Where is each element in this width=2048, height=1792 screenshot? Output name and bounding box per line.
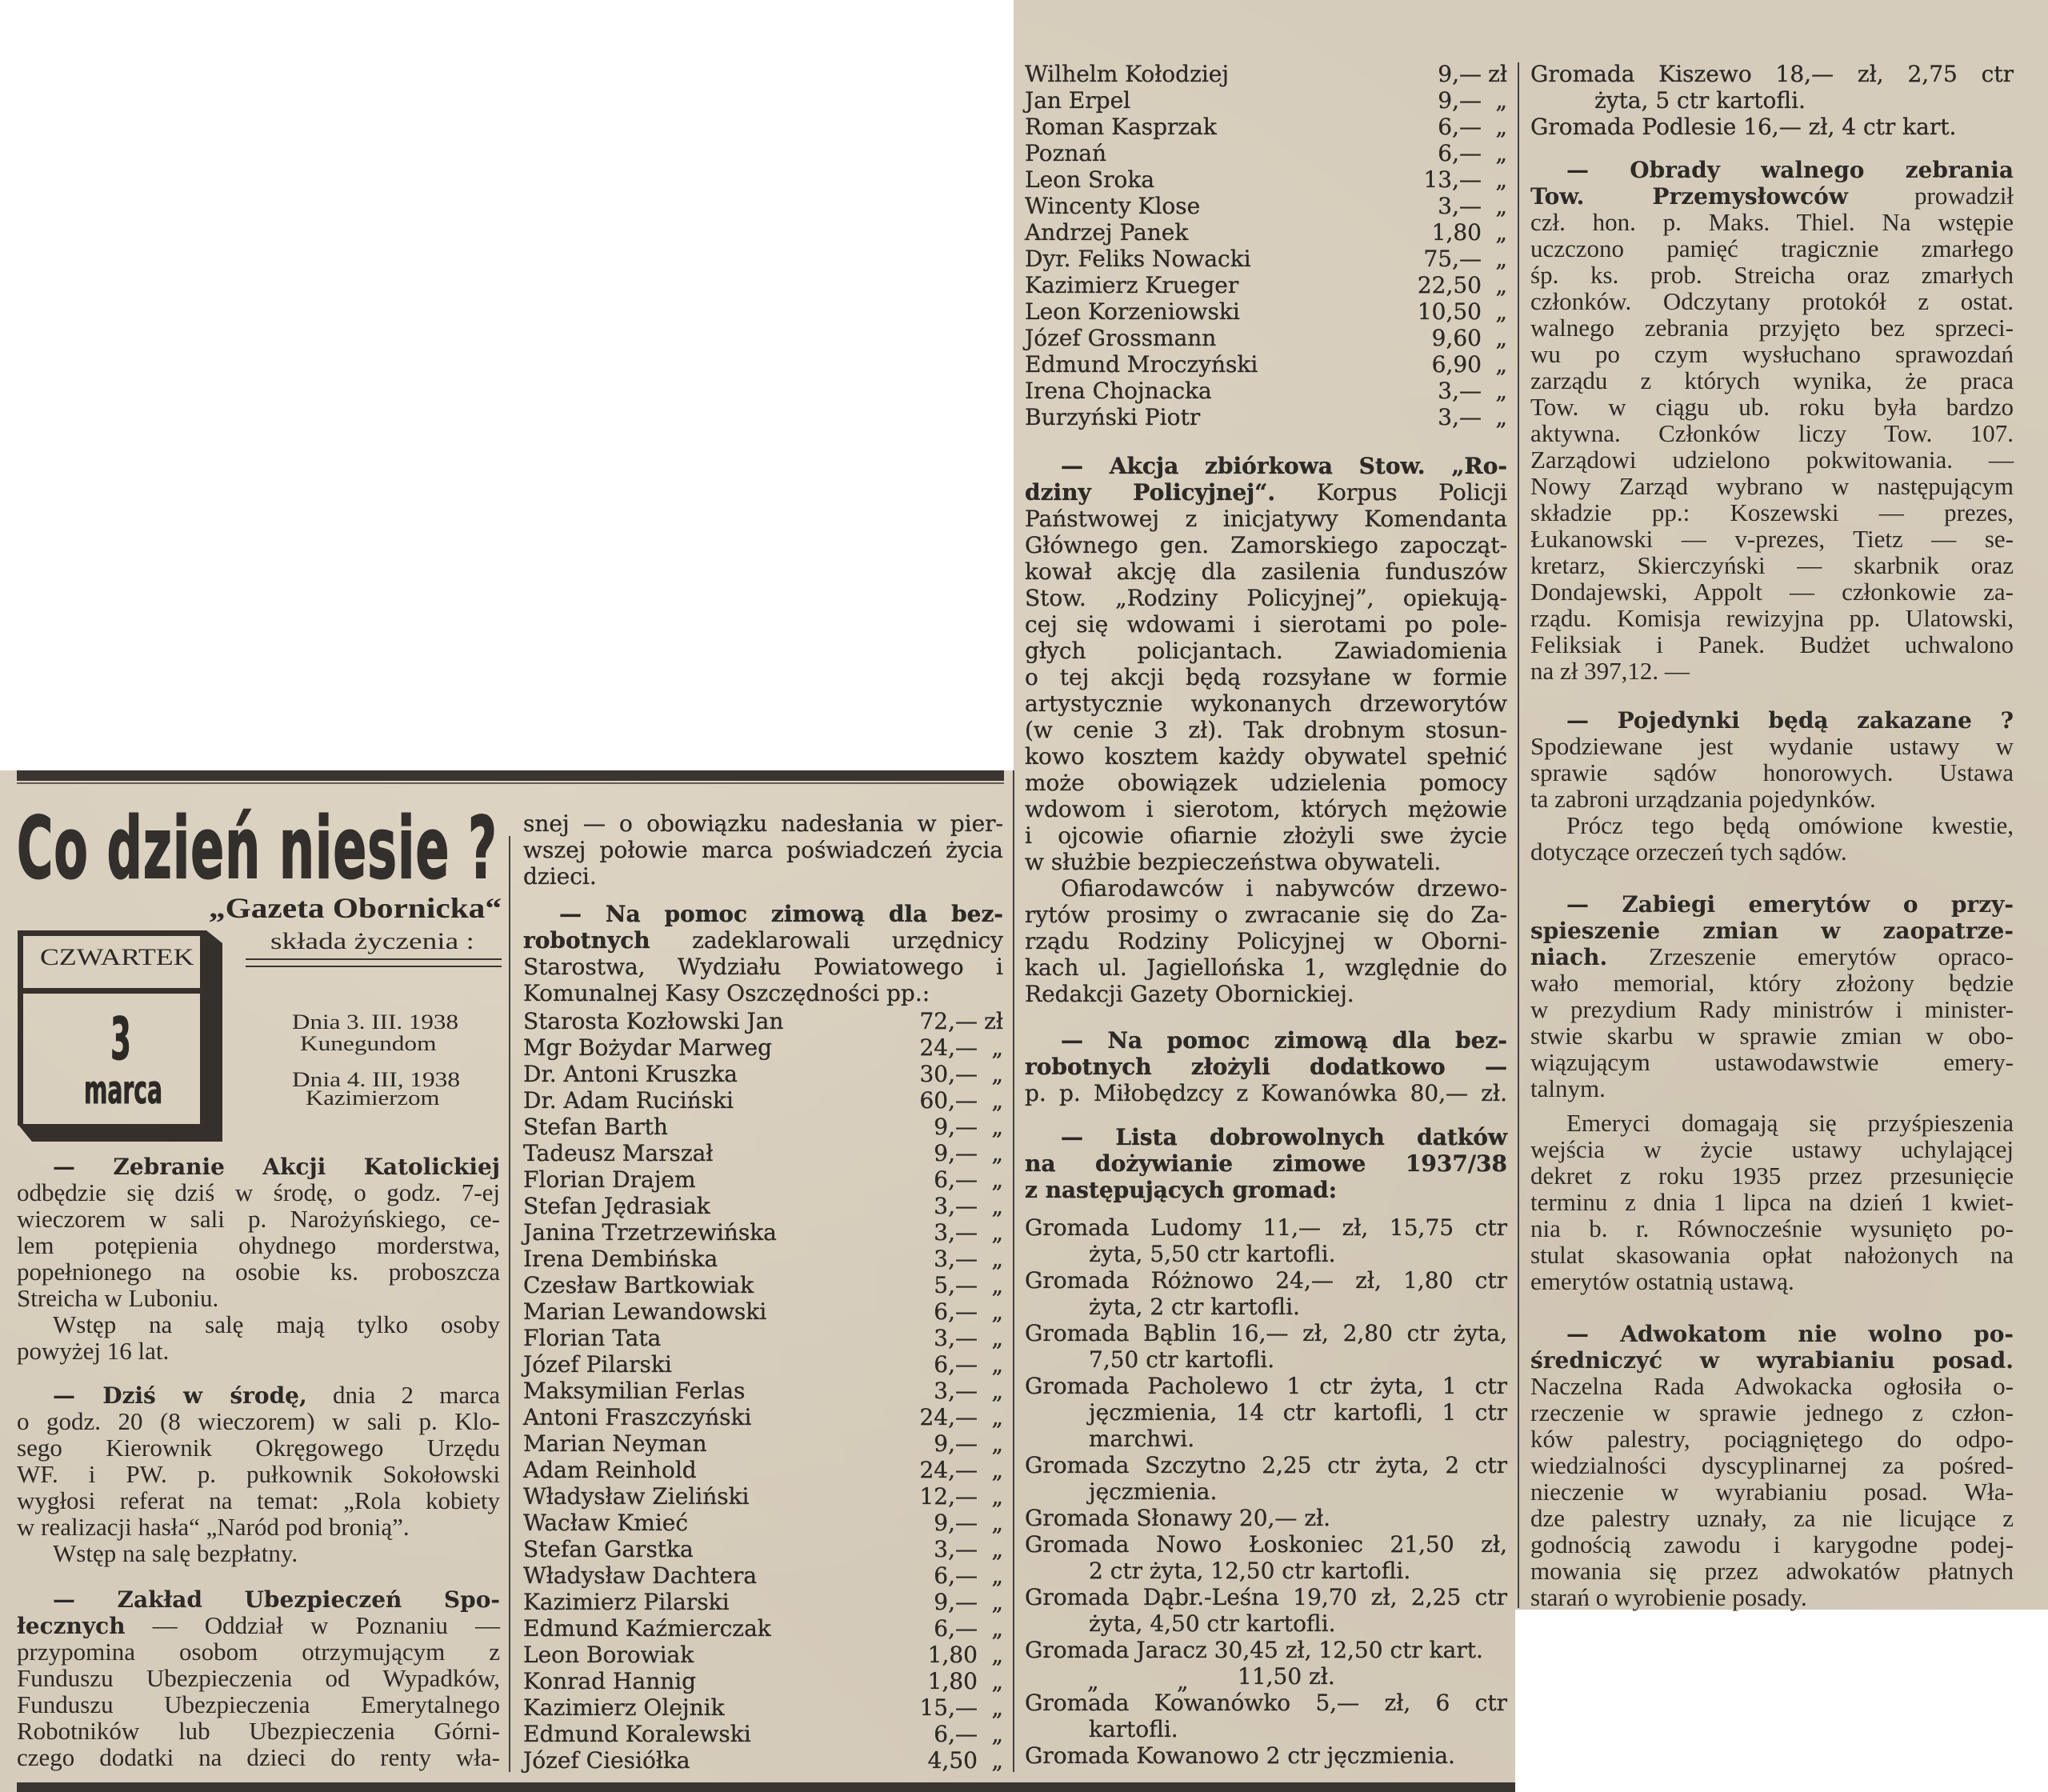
donor-name: Józef Pilarski [523, 1351, 882, 1378]
donor-name: Władysław Dachtera [523, 1562, 882, 1589]
text-line: o godz. 20 (8 wieczorem) w sali p. Klo- [17, 1408, 500, 1434]
heading-line: łecznych — Oddział w Poznaniu — [17, 1612, 500, 1638]
text-line: może obowiązek udzielenia pomocy [1025, 770, 1507, 796]
currency-unit: „ [978, 1483, 1003, 1510]
text-line: nieczenie w wyrabianiu posad. Wła- [1530, 1478, 2014, 1505]
text-line: kach ul. Jagiellońska 1, względnie do [1025, 954, 1507, 981]
donation-row: Kazimierz Pilarski9,—„ [523, 1589, 1003, 1615]
greeting-double-rule-bottom [246, 966, 502, 967]
donation-row: Stefan Barth9,—„ [523, 1114, 1003, 1140]
text-line: Gromada Różnowo 24,— zł, 1,80 ctr [1025, 1267, 1507, 1294]
donor-name: Marian Neyman [523, 1430, 882, 1457]
text-line: śp. ks. prob. Streicha oraz zmarłych [1530, 262, 2014, 288]
text-line: artystycznie wykonanych drzeworytów [1025, 690, 1507, 717]
donation-amount: 9,— [882, 1430, 978, 1457]
text-line: wejścia w życie ustawy uchylającej [1530, 1136, 2014, 1162]
article-pomoc-zimowa: — Na pomoc zimową dla bez-robotnych zade… [523, 901, 1003, 1006]
paragraph: — Zebranie Akcji Katolickiejodbędzie się… [17, 1153, 500, 1311]
donation-amount: 9,— [1386, 87, 1482, 114]
calendar-month-text: marca [84, 1071, 162, 1110]
donation-amount: 10,50 [1386, 298, 1482, 325]
text-line: 2 ctr żyta, 12,50 ctr kartofli. [1025, 1558, 1507, 1584]
gromada-entry: Gromada Dąbr.-Leśna 19,70 zł, 2,25 ctrży… [1025, 1584, 1507, 1637]
donor-name: Andrzej Panek [1025, 219, 1386, 246]
currency-unit: „ [978, 1562, 1003, 1589]
donation-amount: 6,90 [1386, 351, 1482, 378]
blank-area-top-left [0, 0, 1014, 770]
text-line: Feliksiak i Panek. Budżet uchwalono [1530, 631, 2014, 658]
donation-amount: 24,— [882, 1034, 978, 1061]
donation-amount: 22,50 [1386, 272, 1482, 298]
article-akcja-zbiorkowa: — Akcja zbiórkowa Stow. „Ro-dziny Policy… [1025, 453, 1507, 1007]
paragraph: — Adwokatom nie wolno po-średniczyć w wy… [1530, 1320, 2014, 1610]
article-pomoc-zimowa-dodatkowo: — Na pomoc zimową dla bez-robotnych złoż… [1025, 1027, 1507, 1106]
paragraph: Ofiarodawców i nabywców drzewo-rytów pro… [1025, 875, 1507, 1007]
currency-unit: „ [978, 1457, 1003, 1483]
text-line: uczczono pamięć tragicznie zmarłego [1530, 235, 2014, 262]
text-line: kował akcję dla zasilenia funduszów [1025, 558, 1507, 585]
text-line: członków. Odczytany protokół z ostat. [1530, 288, 2014, 314]
text-line: Głównego gen. Zamorskiego zapocząt- [1025, 532, 1507, 558]
donation-row: Czesław Bartkowiak5,—„ [523, 1272, 1003, 1298]
donation-row: Leon Sroka13,—„ [1025, 166, 1507, 193]
text-line: terminu z dnia 1 lipca na dzień 1 kwiet- [1530, 1189, 2014, 1215]
donation-amount: 3,— [882, 1246, 978, 1272]
donation-row: Dyr. Feliks Nowacki75,—„ [1025, 246, 1507, 272]
currency-unit: „ [978, 1615, 1003, 1642]
text-line: czego dodatki na dzieci do renty wła- [17, 1744, 500, 1770]
text-line: stulat skasowania opłat nałożonych na [1530, 1242, 2014, 1268]
text-line: żyta, 4,50 ctr kartofli. [1025, 1610, 1507, 1637]
donation-list-continued: Wilhelm Kołodziej9,—złJan Erpel9,—„Roman… [1025, 61, 1507, 430]
calendar-weekday-text: CZWARTEK [40, 946, 194, 970]
text-line: Prócz tego będą omówione kwestie, [1530, 812, 2014, 838]
text-line: 7,50 ctr kartofli. [1025, 1346, 1507, 1373]
article-dzis-w-srode: — Dziś w środę, dnia 2 marcao godz. 20 (… [17, 1382, 500, 1566]
donation-row: Jan Erpel9,—„ [1025, 87, 1507, 114]
donation-row: Irena Dembińska3,—„ [523, 1246, 1003, 1272]
donor-name: Jan Erpel [1025, 87, 1386, 114]
gromada-entry: Gromada Podlesie 16,— zł, 4 ctr kart. [1530, 114, 2014, 140]
paragraph: — Zabiegi emerytów o przy-spieszenie zmi… [1530, 890, 2014, 1102]
currency-unit: „ [978, 1351, 1003, 1378]
heading-text: robotnych złożyli dodatkowo — [1025, 1054, 1507, 1080]
heading-text: — Na pomoc zimową dla bez- [1061, 1027, 1507, 1054]
heading-line: spieszenie zmian w zaopatrze- [1530, 917, 2014, 943]
donation-amount: 6,— [882, 1298, 978, 1325]
donation-row: Dr. Adam Ruciński60,—„ [523, 1087, 1003, 1114]
text-line: Naczelna Rada Adwokacka ogłosiła o- [1530, 1373, 2014, 1399]
paragraph: Emeryci domagają się przyśpieszeniawejśc… [1530, 1110, 2014, 1294]
text-line: Gromada Podlesie 16,— zł, 4 ctr kart. [1530, 114, 2014, 140]
donor-name: Kazimierz Krueger [1025, 272, 1386, 298]
heading-text: — Zebranie Akcji Katolickiej [53, 1154, 500, 1180]
gromada-entry: Gromada Szczytno 2,25 ctr żyta, 2 ctrjęc… [1025, 1452, 1507, 1505]
donation-amount: 3,— [882, 1536, 978, 1562]
donation-amount: 3,— [882, 1378, 978, 1404]
paragraph: — Lista dobrowolnych datkówna dożywianie… [1025, 1124, 1507, 1203]
donation-row: Kazimierz Olejnik15,—„ [523, 1694, 1003, 1721]
donation-row: Władysław Dachtera6,—„ [523, 1562, 1003, 1589]
currency-unit: „ [978, 1642, 1003, 1668]
text-line: Dondajewski, Appolt — członkowie za- [1530, 578, 2014, 605]
currency-unit: „ [1482, 140, 1507, 166]
column-divider-3 [1518, 62, 1519, 1608]
currency-unit: „ [978, 1034, 1003, 1061]
text-line: wygłosi referat na temat: „Rola kobiety [17, 1487, 500, 1514]
donation-row: Konrad Hannig1,80„ [523, 1668, 1003, 1694]
gromada-entry: Gromada Słonawy 20,— zł. [1025, 1505, 1507, 1531]
text-line: Łukanowski — v-prezes, Tietz — se- [1530, 526, 2014, 552]
donor-name: Florian Tata [523, 1325, 882, 1351]
text-line: Streicha w Luboniu. [17, 1285, 500, 1311]
text-line: cej się wdowami i sierotami po pole- [1025, 611, 1507, 638]
heading-line: na dożywianie zimowe 1937/38 [1025, 1150, 1507, 1177]
donation-row: Stefan Garstka3,—„ [523, 1536, 1003, 1562]
heading-text: robotnych [523, 927, 650, 954]
heading-text: łecznych [17, 1613, 126, 1639]
text-line: Funduszu Ubezpieczenia Emerytalnego [17, 1691, 500, 1718]
heading-line: — Akcja zbiórkowa Stow. „Ro- [1025, 453, 1507, 479]
currency-unit: „ [978, 1087, 1003, 1114]
text-line: żyta, 5,50 ctr kartofli. [1025, 1241, 1507, 1267]
donor-name: Józef Ciesiółka [523, 1747, 882, 1774]
text-line: nia b. r. Równocześnie wysunięto po- [1530, 1215, 2014, 1242]
currency-unit: „ [1482, 87, 1507, 114]
text-line: popełnionego na osobie ks. proboszcza [17, 1258, 500, 1285]
paragraph: Prócz tego będą omówione kwestie,dotyczą… [1530, 812, 2014, 865]
heading-line: dziny Policyjnej“. Korpus Policji [1025, 479, 1507, 506]
greeting-text: składa życzenia : [270, 930, 474, 954]
donor-name: Burzyński Piotr [1025, 404, 1386, 430]
donor-name: Stefan Jędrasiak [523, 1193, 882, 1219]
donor-name: Poznań [1025, 140, 1386, 166]
donation-row: Marian Neyman9,—„ [523, 1430, 1003, 1457]
currency-unit: „ [978, 1747, 1003, 1774]
donation-amount: 12,— [882, 1483, 978, 1510]
heading-text: — Lista dobrowolnych datków [1061, 1124, 1507, 1150]
donor-name: Dr. Adam Ruciński [523, 1087, 882, 1114]
donor-name: Roman Kasprzak [1025, 114, 1386, 140]
body-text: dnia 2 marca [307, 1381, 500, 1409]
donor-name: Wilhelm Kołodziej [1025, 61, 1386, 87]
gromady-list-continued: Gromada Kiszewo 18,— zł, 2,75 ctrżyta, 5… [1530, 61, 2014, 140]
text-line: przypomina osobom otrzymującym z [17, 1638, 500, 1665]
donation-row: Florian Tata3,—„ [523, 1325, 1003, 1351]
currency-unit: „ [978, 1246, 1003, 1272]
currency-unit: „ [978, 1219, 1003, 1246]
currency-unit: „ [1482, 298, 1507, 325]
nameday-names: Kazimierzom [306, 1088, 440, 1109]
heading-line: — Obrady walnego zebrania [1530, 156, 2014, 182]
donation-amount: 9,— [882, 1140, 978, 1166]
heading-text: średniczyć w wyrabianiu posad. [1530, 1347, 2014, 1374]
calendar-day: 3 [110, 1010, 131, 1069]
donor-name: Wincenty Klose [1025, 193, 1386, 219]
currency-unit: „ [1482, 351, 1507, 378]
currency-unit: zł [1482, 61, 1507, 87]
text-line: talnym. [1530, 1075, 2014, 1102]
gromada-entry: Gromada Bąblin 16,— zł, 2,80 ctr żyta,7,… [1025, 1320, 1507, 1373]
text-line: w realizacji hasła“ „Naród pod bronią”. [17, 1514, 500, 1540]
text-line: godnością zawodu i karygodne podej- [1530, 1531, 2014, 1558]
donation-amount: 6,— [882, 1166, 978, 1193]
donor-name: Adam Reinhold [523, 1457, 882, 1483]
body-text: — Oddział w Poznaniu — [126, 1611, 500, 1639]
text-line: WF. i PW. p. pułkownik Sokołowski [17, 1461, 500, 1487]
donor-name: Stefan Garstka [523, 1536, 882, 1562]
heading-text: — Adwokatom nie wolno po- [1566, 1321, 2014, 1347]
donation-amount: 3,— [1386, 404, 1482, 430]
donation-row: Edmund Koralewski6,—„ [523, 1721, 1003, 1747]
donor-name: Tadeusz Marszał [523, 1140, 882, 1166]
donation-row: Antoni Fraszczyński24,—„ [523, 1404, 1003, 1430]
heading-text: niach. [1530, 944, 1607, 970]
donation-amount: 15,— [882, 1694, 978, 1721]
gromada-entry: Gromada Jaracz 30,45 zł, 12,50 ctr kart. [1025, 1637, 1507, 1663]
heading-text: na dożywianie zimowe 1937/38 [1025, 1150, 1507, 1177]
text-line: Gromada Kiszewo 18,— zł, 2,75 ctr [1530, 61, 2014, 87]
donation-row: Dr. Antoni Kruszka30,—„ [523, 1061, 1003, 1087]
currency-unit: „ [1482, 219, 1507, 246]
donation-row: Florian Drajem6,—„ [523, 1166, 1003, 1193]
donation-row: Władysław Zieliński12,—„ [523, 1483, 1003, 1510]
heading-text: — Dziś w środę, [53, 1382, 307, 1409]
greeting-paper-name: „Gazeta Obornicka“ [209, 894, 502, 922]
calendar-month: marca [84, 1071, 162, 1110]
section-title: Co dzień niesie ? [17, 806, 498, 891]
donation-amount: 6,— [882, 1562, 978, 1589]
donation-amount: 9,— [882, 1114, 978, 1140]
text-line: Zarządowi udzielono pokwitowania. — [1530, 446, 2014, 473]
donation-amount: 24,— [882, 1404, 978, 1430]
ditto-amount: 11,50 zł. [1238, 1663, 1335, 1690]
currency-unit: „ [978, 1589, 1003, 1615]
text-line: wu po czym wysłuchano sprawozdań [1530, 341, 2014, 367]
body-text: prowadził [1848, 182, 2014, 210]
heading-line: — Zebranie Akcji Katolickiej [17, 1153, 500, 1179]
donor-name: Marian Lewandowski [523, 1298, 882, 1325]
text-line: kretarz, Skierczyński — skarbnik oraz [1530, 552, 2014, 578]
text-line: Tow. w ciągu ub. roku była bardzo [1530, 394, 2014, 420]
greeting-paper-text: „Gazeta Obornicka“ [209, 894, 502, 922]
donation-row: Burzyński Piotr3,—„ [1025, 404, 1507, 430]
currency-unit: „ [1482, 166, 1507, 193]
text-line: jęczmienia, 14 ctr kartofli, 1 ctr [1025, 1399, 1507, 1426]
donor-name: Stefan Barth [523, 1114, 882, 1140]
text-line: Nowy Zarząd wybrano w następującym [1530, 473, 2014, 499]
section-top-bar [17, 770, 1004, 781]
heading-text: z następujących gromad: [1025, 1177, 1337, 1203]
text-line: rzeczenie w sprawie jednego z człon- [1530, 1399, 2014, 1426]
text-line: Gromada Ludomy 11,— zł, 15,75 ctr [1025, 1214, 1507, 1241]
gromada-entry: Gromada Różnowo 24,— zł, 1,80 ctrżyta, 2… [1025, 1267, 1507, 1320]
text-line: mowania się przez adwokatów płatnych [1530, 1558, 2014, 1584]
heading-line: — Pojedynki będą zakazane ? [1530, 706, 2014, 733]
heading-text: — Zakład Ubezpieczeń Spo- [53, 1586, 500, 1613]
body-text: Zrzeszenie emerytów opraco- [1607, 942, 2014, 970]
paragraph: — Na pomoc zimową dla bez-robotnych złoż… [1025, 1027, 1507, 1106]
text-line: żyta, 2 ctr kartofli. [1025, 1294, 1507, 1320]
donor-name: Edmund Koralewski [523, 1721, 882, 1747]
donor-name: Dr. Antoni Kruszka [523, 1061, 882, 1087]
heading-line: — Zabiegi emerytów o przy- [1530, 890, 2014, 917]
donation-row: Stefan Jędrasiak3,—„ [523, 1193, 1003, 1219]
text-line: dze palestry uznały, za nie licujące z [1530, 1505, 2014, 1531]
gromada-entry: Gromada Pacholewo 1 ctr żyta, 1 ctrjęczm… [1025, 1373, 1507, 1452]
article-zaklad-ubezpieczen: — Zakład Ubezpieczeń Spo-łecznych — Oddz… [17, 1586, 500, 1770]
nameday-names: Kunegundom [300, 1034, 437, 1054]
donation-row: Irena Chojnacka3,—„ [1025, 378, 1507, 404]
donation-amount: 9,— [1386, 61, 1482, 87]
text-line: składzie pp.: Koszewski — prezes, [1530, 499, 2014, 526]
donation-row: Adam Reinhold24,—„ [523, 1457, 1003, 1483]
donation-amount: 30,— [882, 1061, 978, 1087]
text-line: Stow. „Rodziny Policyjnej”, opiekują- [1025, 585, 1507, 611]
currency-unit: „ [978, 1272, 1003, 1298]
currency-unit: „ [978, 1668, 1003, 1694]
text-line: Gromada Kowanowo 2 ctr jęczmienia. [1025, 1742, 1507, 1769]
donor-name: Starosta Kozłowski Jan [523, 1008, 882, 1034]
text-line: dotyczące orzeczeń tych sądów. [1530, 838, 2014, 865]
currency-unit: „ [978, 1430, 1003, 1457]
text-line: żyta, 5 ctr kartofli. [1530, 87, 2014, 114]
text-line: lem potępienia ohydnego morderstwa, [17, 1232, 500, 1258]
donor-name: Mgr Bożydar Marweg [523, 1034, 882, 1061]
body-text: Korpus Policji [1275, 479, 1507, 506]
donor-name: Antoni Fraszczyński [523, 1404, 882, 1430]
donation-row: Maksymilian Ferlas3,—„ [523, 1378, 1003, 1404]
currency-unit: zł [978, 1008, 1003, 1034]
gromada-entry: Gromada Ludomy 11,— zł, 15,75 ctrżyta, 5… [1025, 1214, 1507, 1267]
heading-text: dziny Policyjnej“. [1025, 479, 1275, 506]
currency-unit: „ [978, 1510, 1003, 1536]
article-lista-datkow: — Lista dobrowolnych datkówna dożywianie… [1025, 1124, 1507, 1203]
text-line: sego Kierownik Okręgowego Urzędu [17, 1434, 500, 1461]
body-text: zadeklarowali urzędnicy [650, 927, 1003, 954]
text-line: walnego zebrania przyjęto bez sprzeci- [1530, 314, 2014, 341]
text-line: Gromada Dąbr.-Leśna 19,70 zł, 2,25 ctr [1025, 1584, 1507, 1610]
text-line: aktywna. Członków liczy Tow. 107. [1530, 420, 2014, 446]
gromada-entry: Gromada Kowanowo 2 ctr jęczmienia. [1025, 1742, 1507, 1769]
text-line: emerytów ostatnią ustawą. [1530, 1268, 2014, 1294]
text-line: Gromada Jaracz 30,45 zł, 12,50 ctr kart. [1025, 1637, 1507, 1663]
donation-amount: 3,— [882, 1219, 978, 1246]
donation-amount: 5,— [882, 1272, 978, 1298]
donation-row: Leon Borowiak1,80„ [523, 1642, 1003, 1668]
heading-line: średniczyć w wyrabianiu posad. [1530, 1346, 2014, 1373]
donation-amount: 9,60 [1386, 325, 1482, 351]
blank-area-bottom-right [1515, 1610, 2048, 1792]
donation-row: Tadeusz Marszał9,—„ [523, 1140, 1003, 1166]
paragraph: — Na pomoc zimową dla bez-robotnych zade… [523, 901, 1003, 1006]
ditto-mark: „ [1087, 1668, 1099, 1694]
text-line: rządu. Komisja rewizyjna pp. Ulatowski, [1530, 605, 2014, 631]
donor-name: Józef Grossmann [1025, 325, 1386, 351]
donation-row: Starosta Kozłowski Jan72,—zł [523, 1008, 1003, 1034]
heading-text: — Na pomoc zimową dla bez- [559, 901, 1003, 927]
text-line: wało memorial, który złożony będzie [1530, 970, 2014, 996]
heading-line: — Na pomoc zimową dla bez- [523, 901, 1003, 927]
donor-name: Leon Borowiak [523, 1642, 882, 1668]
heading-line: — Lista dobrowolnych datków [1025, 1124, 1507, 1150]
article-obrady-walnego-zebrania: — Obrady walnego zebraniaTow. Przemysłow… [1530, 156, 2014, 684]
currency-unit: „ [978, 1721, 1003, 1747]
text-line: o tej akcji będą rozsyłane w formie [1025, 664, 1507, 690]
heading-text: — Obrady walnego zebrania [1566, 157, 2014, 183]
article-adwokatom: — Adwokatom nie wolno po-średniczyć w wy… [1530, 1320, 2014, 1610]
text-line: w służbie bezpieczeństwa obywateli. [1025, 849, 1507, 875]
currency-unit: „ [978, 1140, 1003, 1166]
currency-unit: „ [978, 1298, 1003, 1325]
currency-unit: „ [1482, 193, 1507, 219]
text-line: snej — o obowiązku nadesłania w pier- [523, 810, 1003, 837]
currency-unit: „ [978, 1325, 1003, 1351]
paragraph: Wstęp na salę bezpłatny. [17, 1540, 500, 1566]
article-zabiegi-emerytow: — Zabiegi emerytów o przy-spieszenie zmi… [1530, 890, 2014, 1294]
donation-amount: 3,— [882, 1193, 978, 1219]
heading-line: — Zakład Ubezpieczeń Spo- [17, 1586, 500, 1612]
donation-amount: 6,— [1386, 114, 1482, 140]
text-line: Emeryci domagają się przyśpieszenia [1530, 1110, 2014, 1136]
donation-row: Wacław Kmieć9,—„ [523, 1510, 1003, 1536]
newspaper-clipping: Co dzień niesie ? CZWARTEK 3 marca „Gaze… [0, 0, 2048, 1792]
text-line: głych policjantach. Zawiadomienia [1025, 638, 1507, 664]
text-line: Gromada Nowo Łoskoniec 21,50 zł, [1025, 1531, 1507, 1558]
column-divider-2 [1013, 770, 1014, 1772]
currency-unit: „ [978, 1166, 1003, 1193]
text-line: Gromada Słonawy 20,— zł. [1025, 1505, 1507, 1531]
heading-text: — Pojedynki będą zakazane ? [1566, 707, 2014, 734]
article-zaklad-continuation: snej — o obowiązku nadesłania w pier-wsz… [523, 810, 1003, 890]
gromady-list: Gromada Ludomy 11,— zł, 15,75 ctrżyta, 5… [1025, 1214, 1507, 1769]
donation-amount: 13,— [1386, 166, 1482, 193]
paragraph: — Akcja zbiórkowa Stow. „Ro-dziny Policy… [1025, 453, 1507, 875]
text-line: Ofiarodawców i nabywców drzewo- [1025, 875, 1507, 902]
article-pojedynki: — Pojedynki będą zakazane ?Spodziewane j… [1530, 706, 2014, 865]
section-title-text: Co dzień niesie ? [17, 806, 498, 891]
heading-line: — Adwokatom nie wolno po- [1530, 1320, 2014, 1346]
text-line: ta zabroni urządzania pojedynków. [1530, 786, 2014, 812]
donation-row: Roman Kasprzak6,—„ [1025, 114, 1507, 140]
text-line: Redakcji Gazety Obornickiej. [1025, 981, 1507, 1007]
currency-unit: „ [978, 1694, 1003, 1721]
donor-name: Florian Drajem [523, 1166, 882, 1193]
text-line: Robotników lub Ubezpieczenia Górni- [17, 1718, 500, 1744]
heading-text: — Zabiegi emerytów o przy- [1566, 891, 2014, 918]
section-top-thin-rule [17, 782, 1004, 784]
donation-amount: 60,— [882, 1087, 978, 1114]
ditto-mark: „ [1177, 1668, 1189, 1694]
currency-unit: „ [1482, 246, 1507, 272]
currency-unit: „ [1482, 325, 1507, 351]
heading-line: — Na pomoc zimową dla bez- [1025, 1027, 1507, 1054]
heading-text: — Akcja zbiórkowa Stow. „Ro- [1061, 453, 1507, 479]
currency-unit: „ [978, 1114, 1003, 1140]
text-line: Funduszu Ubezpieczenia od Wypadków, [17, 1665, 500, 1691]
donation-row: Kazimierz Krueger22,50„ [1025, 272, 1507, 298]
text-line: odbędzie się dziś w środę, o godz. 7-ej [17, 1179, 500, 1206]
text-line: wiedzialności dyscyplinarnej za pośred- [1530, 1452, 2014, 1478]
text-line: Gromada Bąblin 16,— zł, 2,80 ctr żyta, [1025, 1320, 1507, 1346]
text-line: rządu Rodziny Policyjnej w Oborni- [1025, 928, 1507, 954]
column-divider-1 [509, 836, 510, 1772]
donor-name: Maksymilian Ferlas [523, 1378, 882, 1404]
nameday-date: Dnia 3. III. 1938 [292, 1012, 458, 1033]
calendar-weekday: CZWARTEK [40, 946, 194, 970]
donor-name: Dyr. Feliks Nowacki [1025, 246, 1386, 272]
heading-text: Tow. Przemysłowców [1530, 183, 1848, 210]
